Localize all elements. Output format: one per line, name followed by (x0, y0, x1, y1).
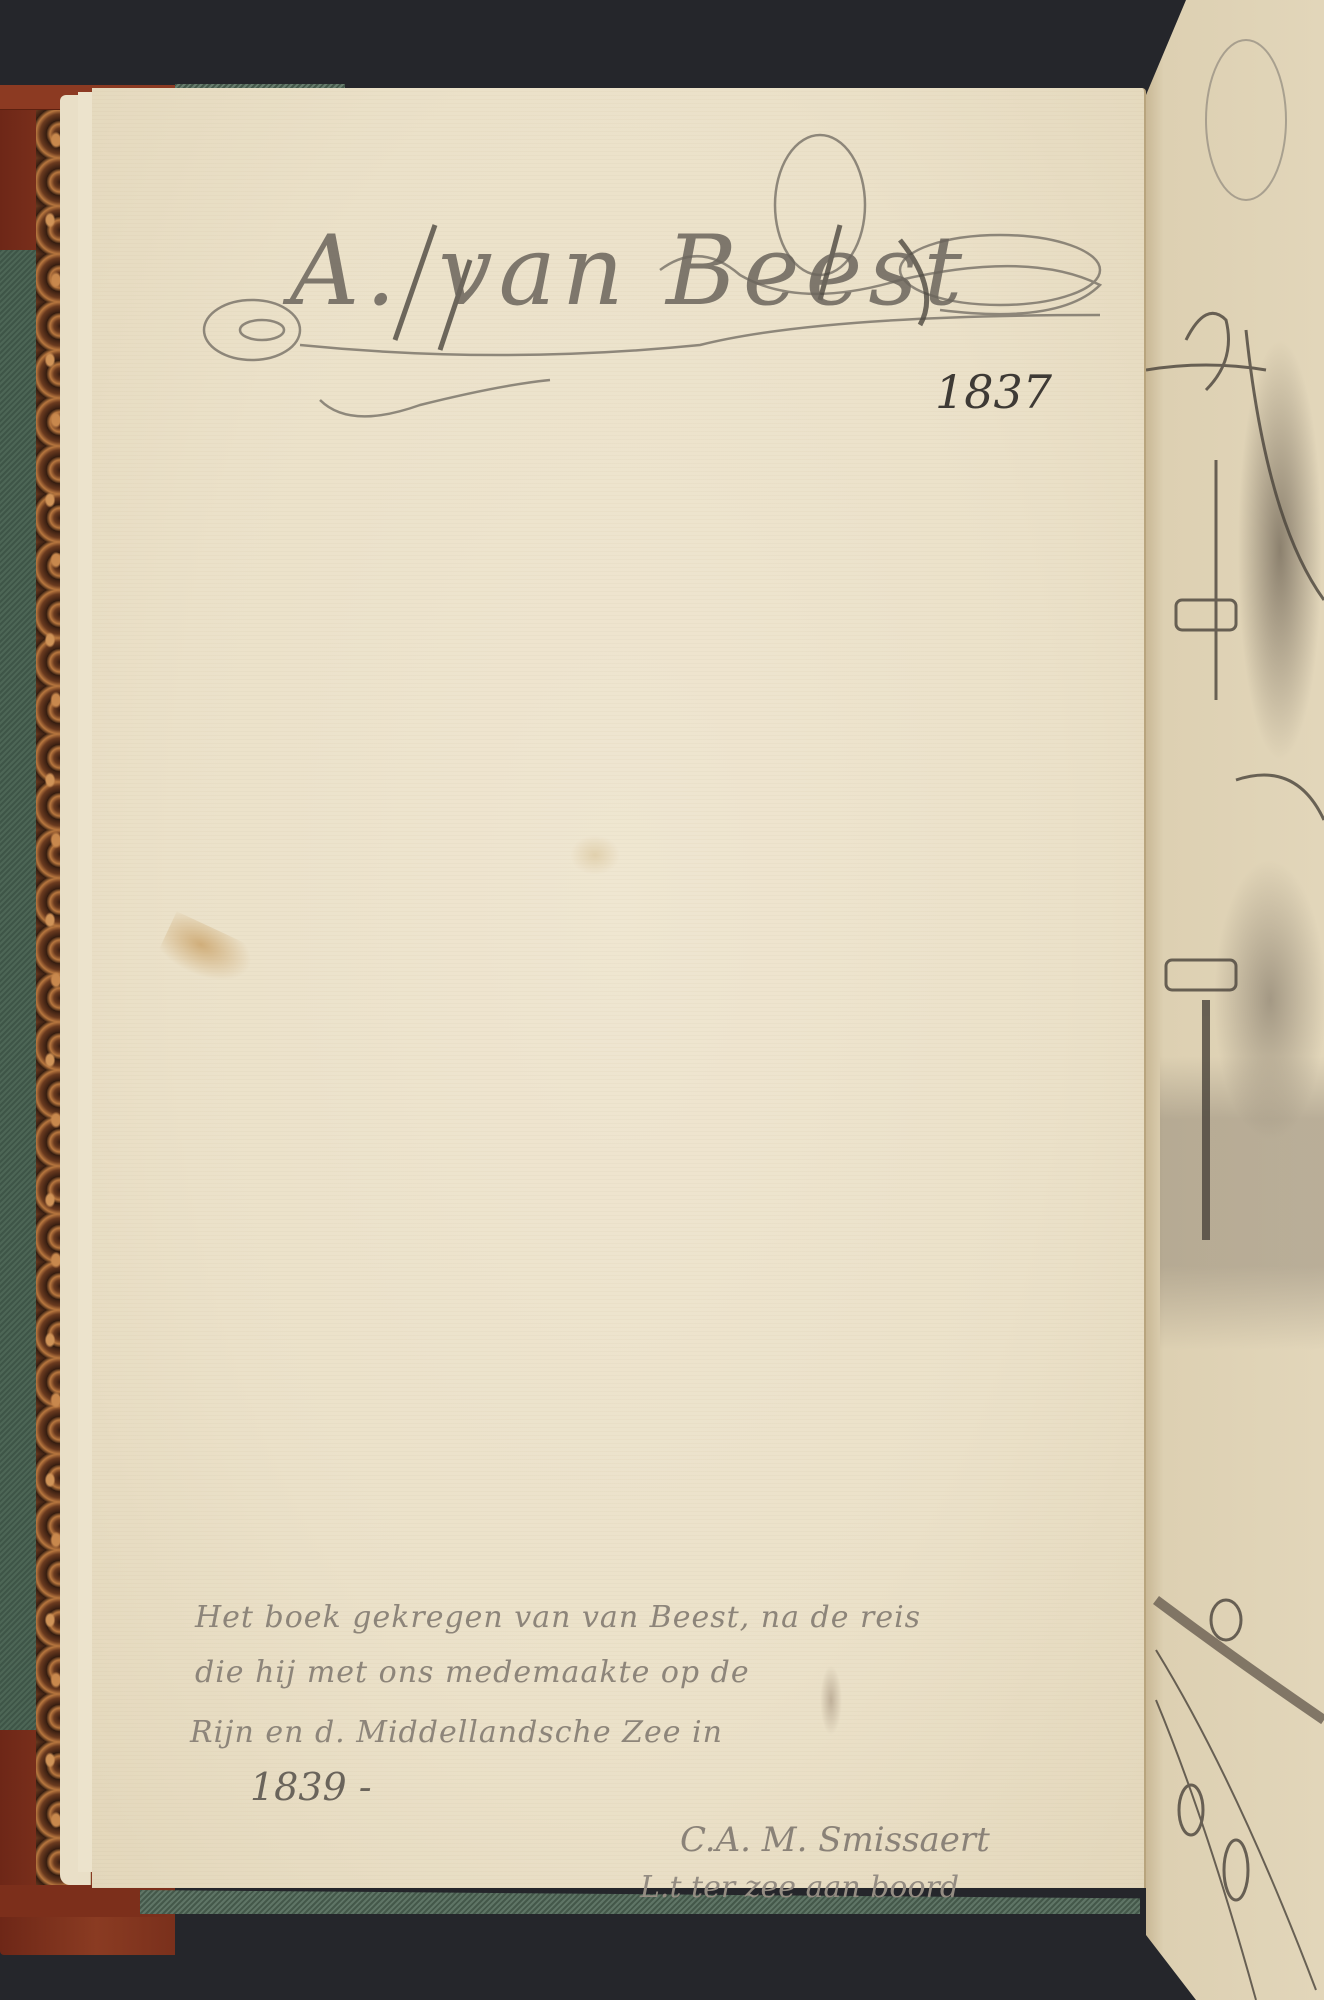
owner-year: 1837 (935, 365, 1052, 419)
faint-stain (570, 835, 620, 875)
signer-name: C.A. M. Smissaert (680, 1820, 990, 1860)
ship-bow-sketch-icon (1146, 0, 1324, 2000)
smudge-stain (820, 1665, 842, 1735)
inscription-line-1: Het boek gekregen van van Beest, na de r… (195, 1600, 921, 1635)
green-cloth-cover (0, 250, 36, 1730)
inscription-year: 1839 - (250, 1765, 372, 1809)
signer-title: L.t ter zee aan boord (640, 1870, 959, 1905)
inscription-line-3: Rijn en d. Middellandsche Zee in (190, 1715, 723, 1750)
inscription-line-2: die hij met ons medemaakte op de (195, 1655, 750, 1690)
owner-signature: A. van Beest (290, 215, 968, 327)
